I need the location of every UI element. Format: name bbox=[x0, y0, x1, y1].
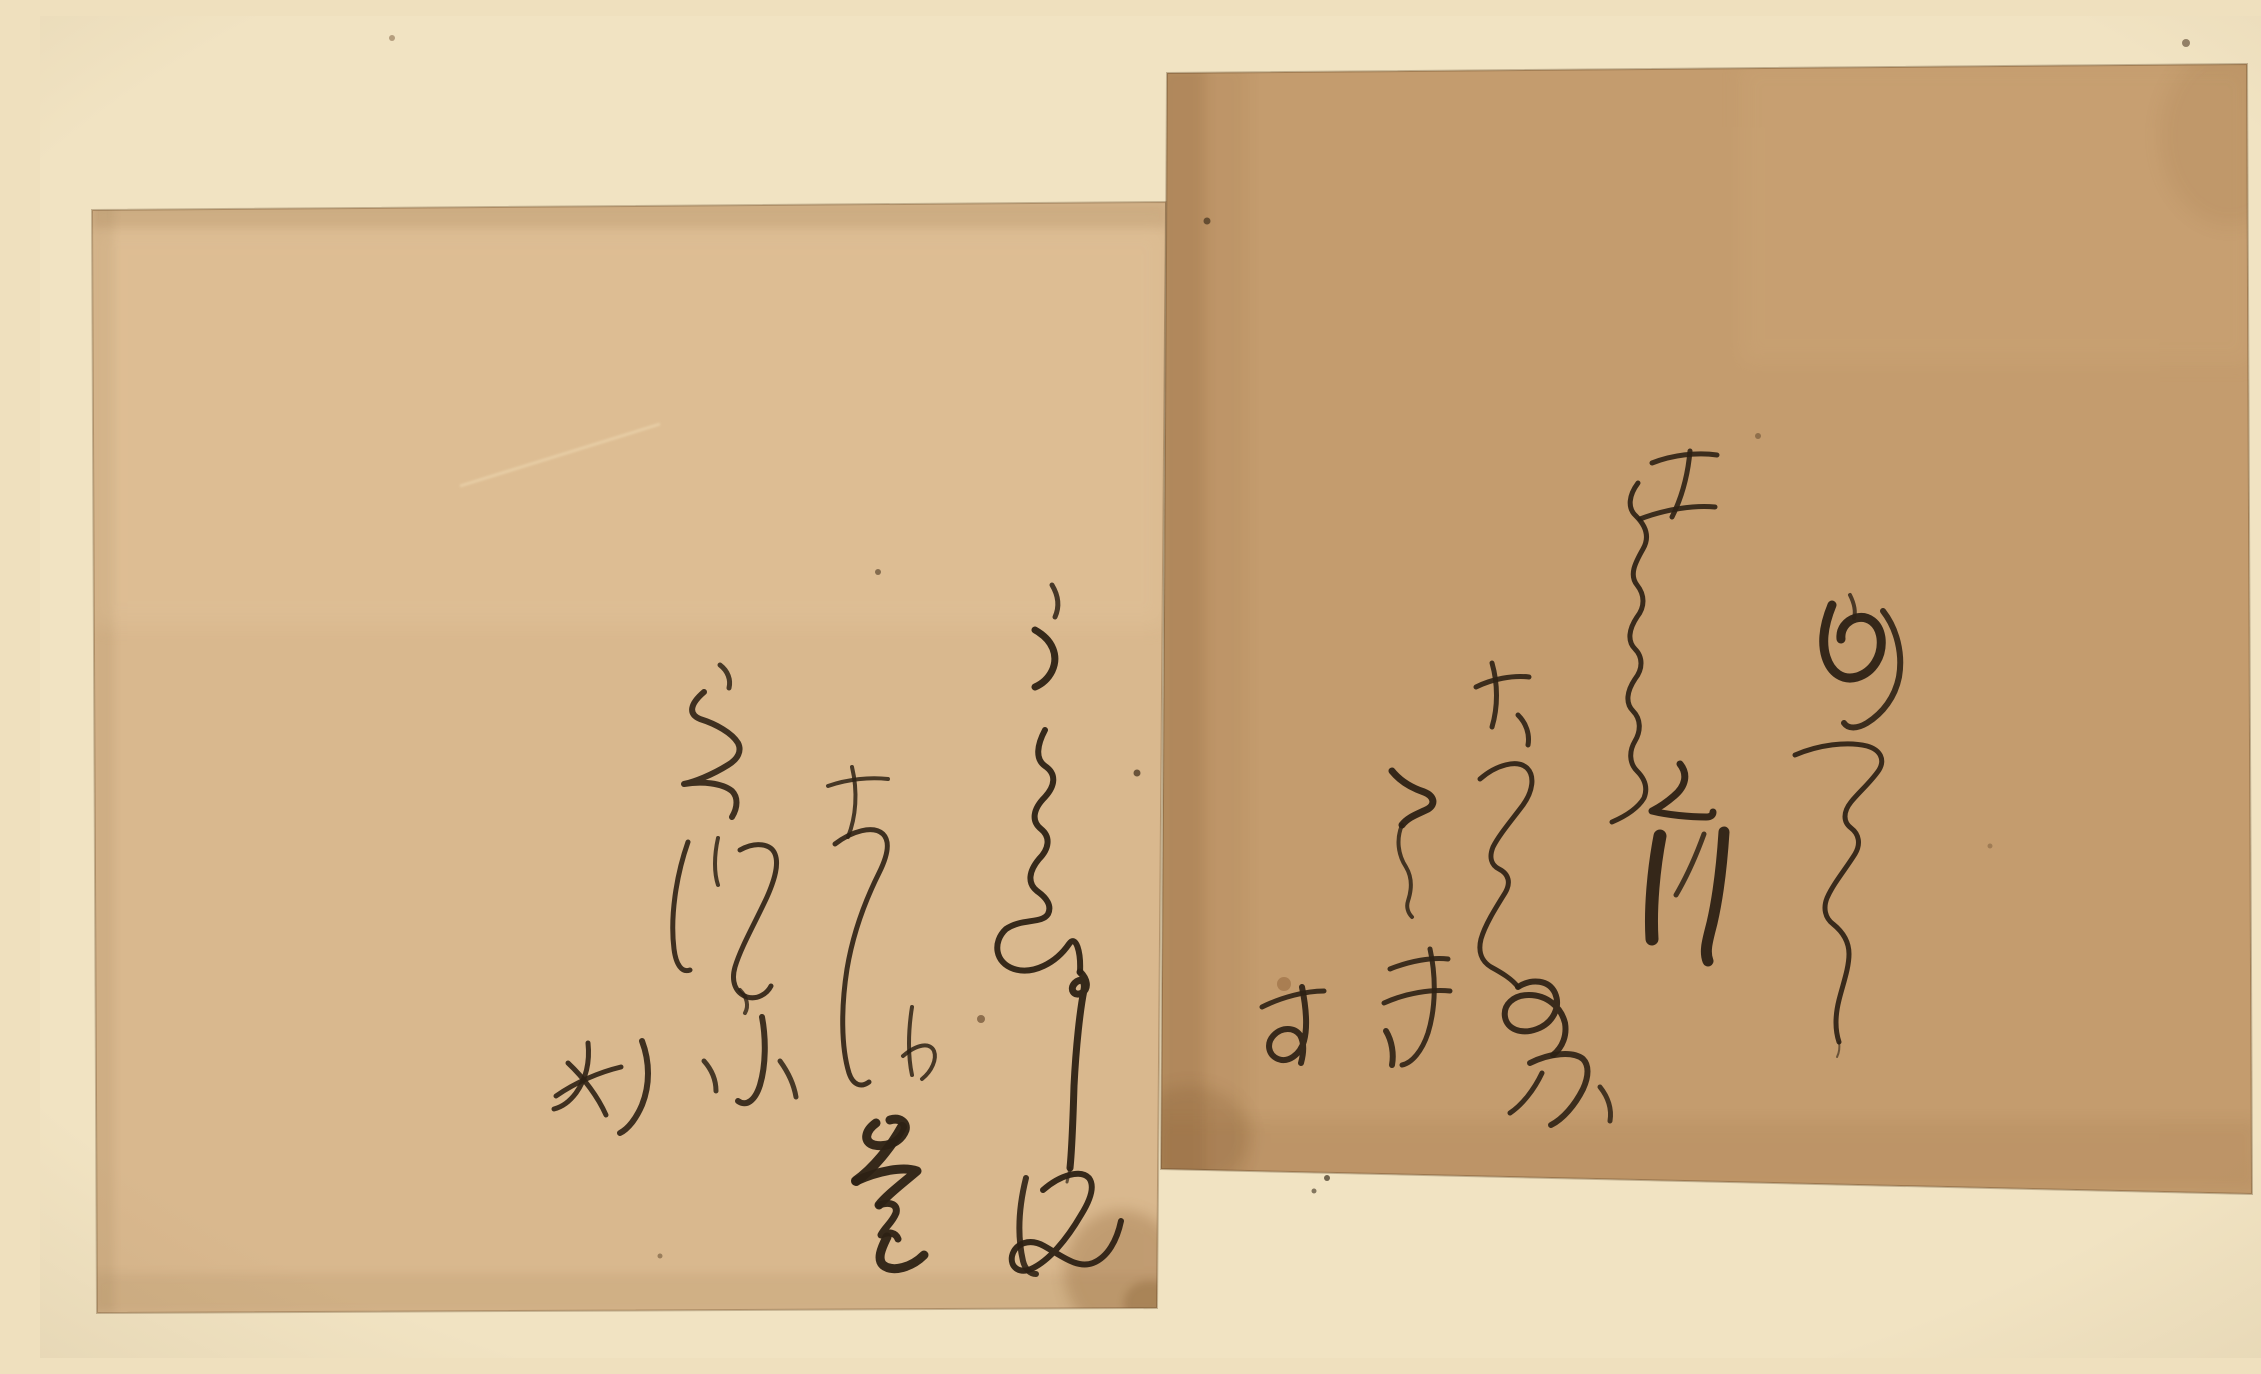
calligraphy-scene bbox=[40, 16, 2261, 1358]
photo-vignette bbox=[40, 16, 2261, 1358]
calligraphy-photograph: Photograph of two square sheets of aged … bbox=[40, 16, 2261, 1358]
